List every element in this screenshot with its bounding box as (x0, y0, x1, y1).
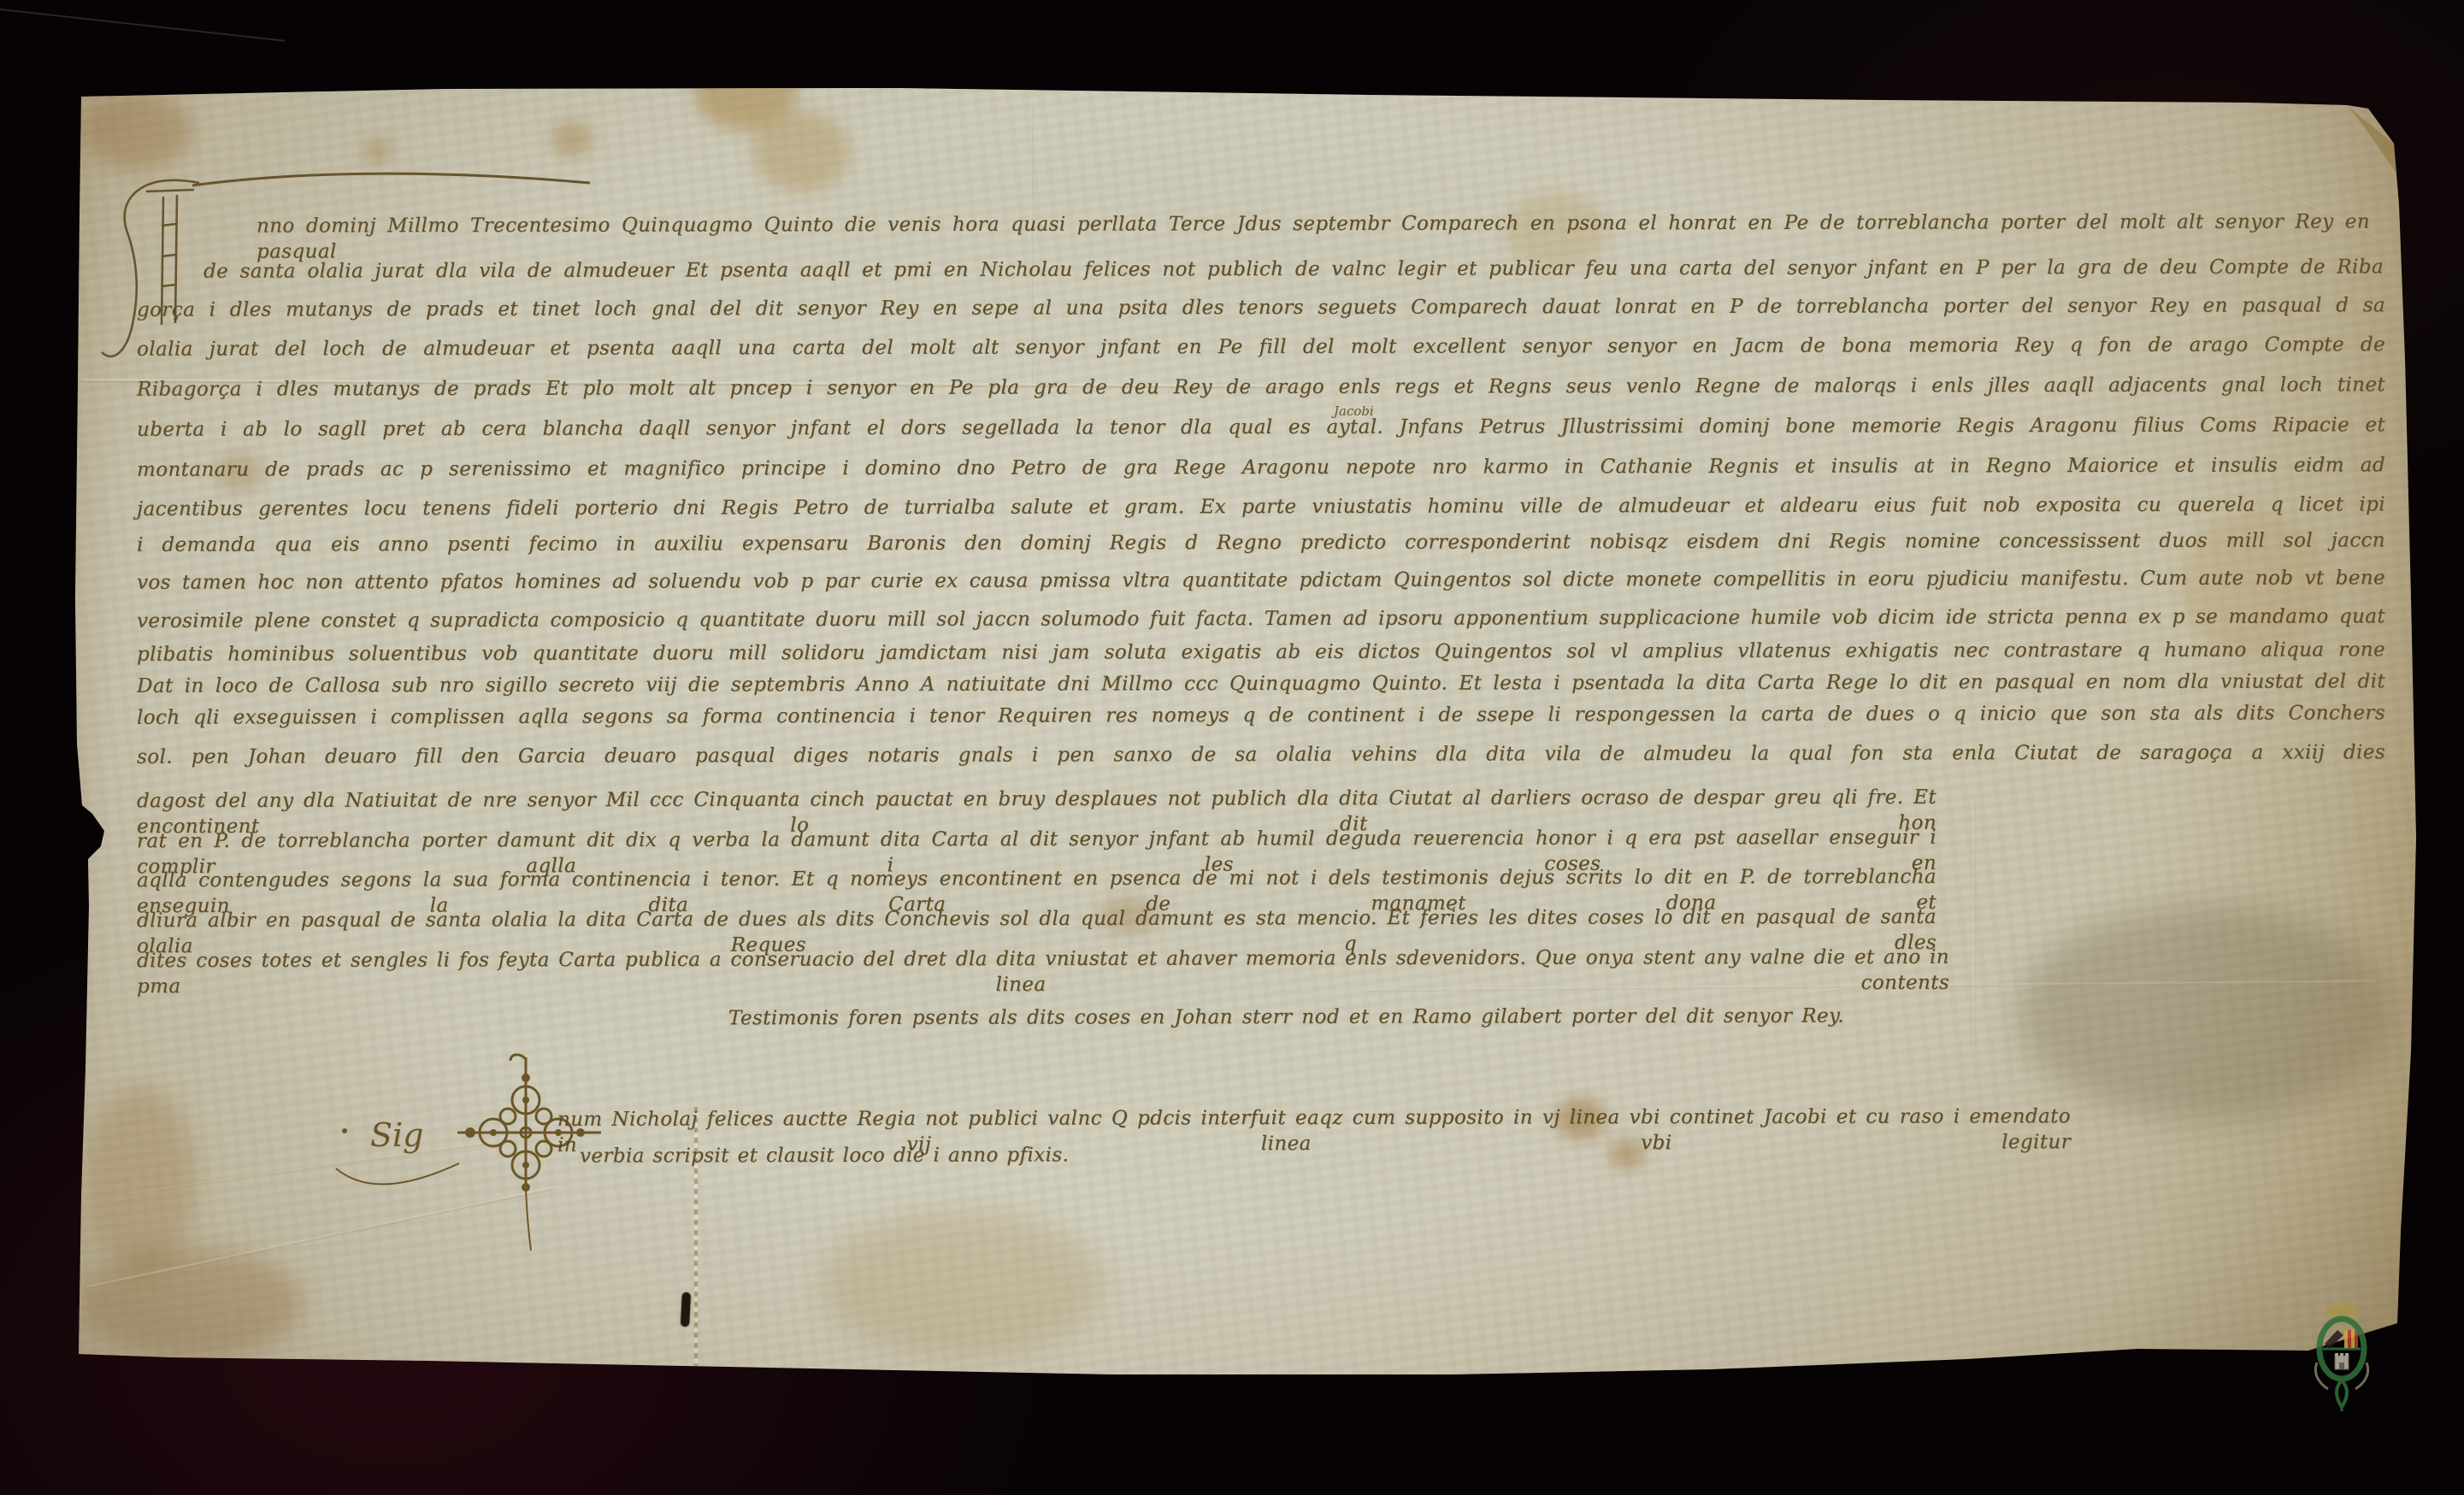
archive-crest-watermark (2305, 1299, 2379, 1412)
edge-darkening (0, 0, 2464, 1495)
photo-of-parchment-charter: nno dominj Millmo Trecentesimo Quinquagm… (0, 0, 2464, 1495)
background-wire-line (0, 9, 285, 42)
parchment-sheet: nno dominj Millmo Trecentesimo Quinquagm… (0, 0, 2464, 1495)
